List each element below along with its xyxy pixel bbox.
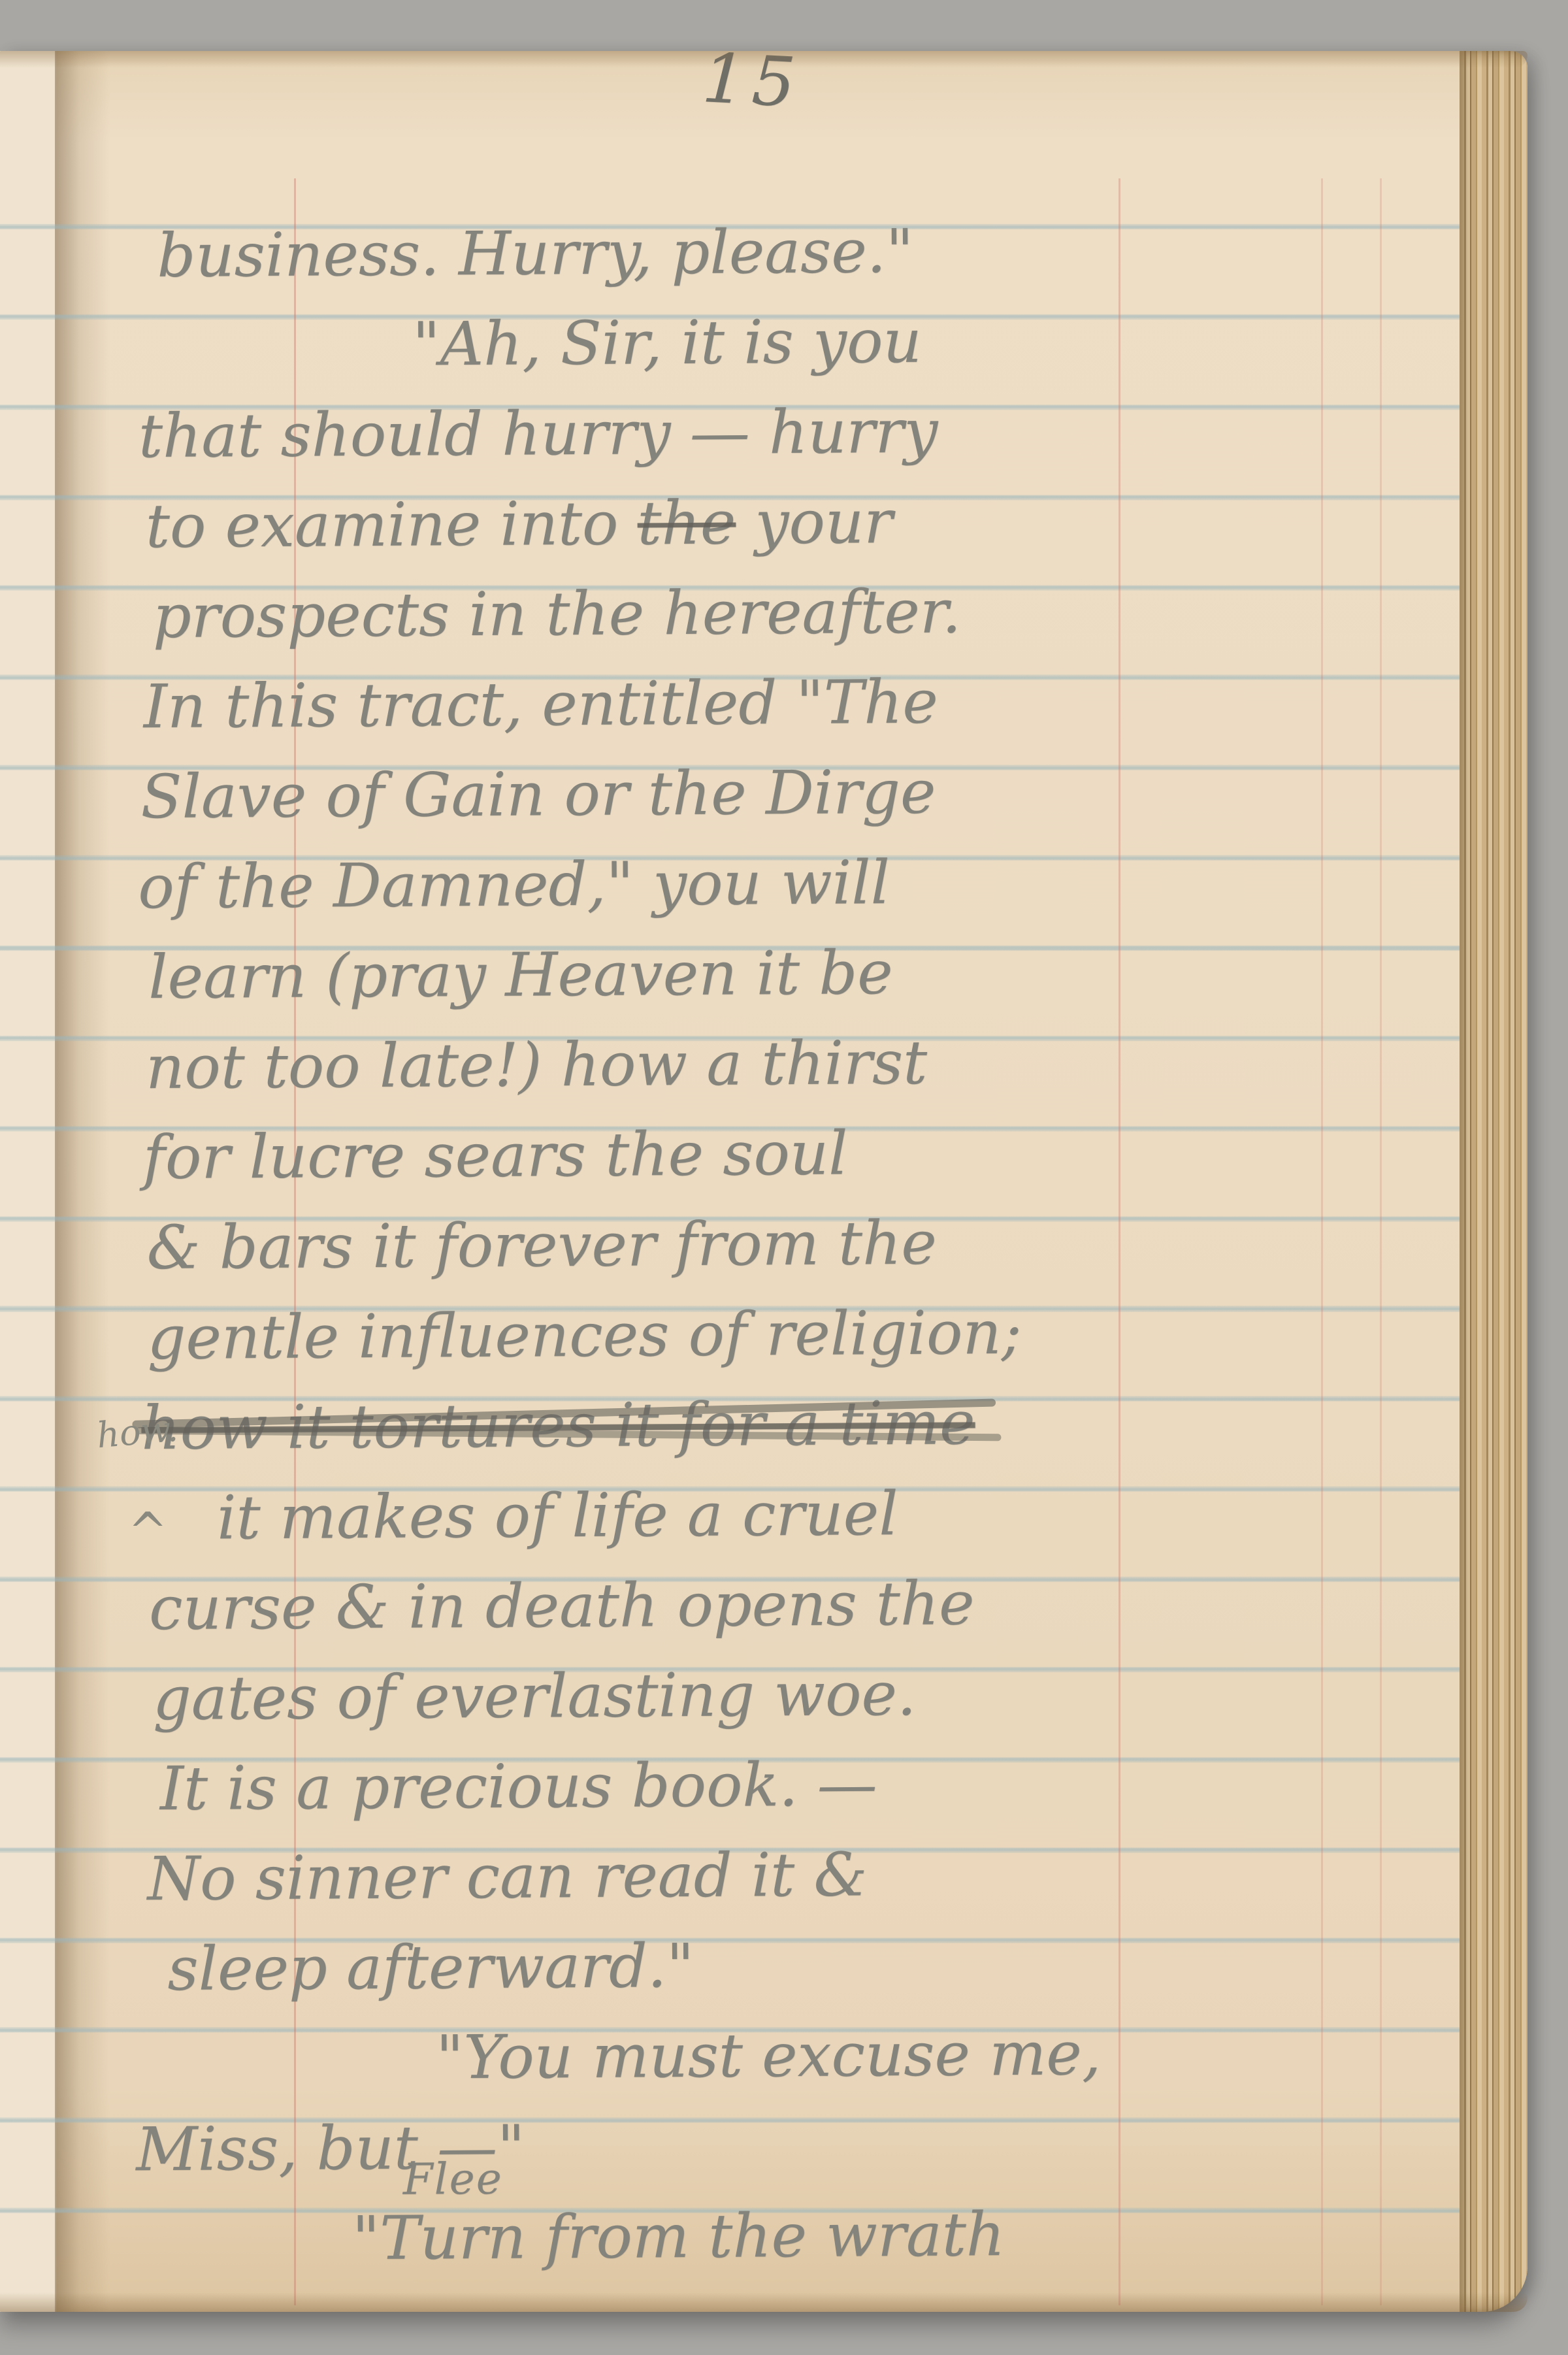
manuscript-line-text: of the Damned," you will bbox=[138, 848, 890, 922]
manuscript-line: for lucre sears the soul bbox=[142, 1105, 1463, 1203]
manuscript-line-text: gates of everlasting woe. bbox=[153, 1659, 917, 1734]
manuscript-line-text: learn (pray Heaven it be bbox=[148, 938, 893, 1012]
manuscript-line: not too late!) how a thirst bbox=[146, 1015, 1463, 1113]
manuscript-line-text: In this tract, entitled "The bbox=[143, 667, 938, 742]
original-word: Turn bbox=[380, 2203, 527, 2273]
manuscript-line: that should hurry — hurry bbox=[139, 384, 1459, 482]
manuscript-line: curse & in death opens the bbox=[149, 1556, 1466, 1654]
struck-word: the bbox=[637, 488, 736, 559]
manuscript-line-text: No sinner can read it & bbox=[147, 1839, 867, 1914]
manuscript-line-text: your bbox=[736, 487, 892, 557]
struck-line-text: how it tortures it for a time bbox=[141, 1378, 975, 1474]
manuscript-line: No sinner can read it & bbox=[147, 1826, 1467, 1924]
manuscript-line-text: "Ah, Sir, it is you bbox=[412, 306, 922, 380]
manuscript-line-text: not too late!) how a thirst bbox=[146, 1028, 928, 1102]
inserted-word-above: Flee bbox=[403, 2158, 503, 2201]
manuscript-line: "FleeTurn from the wrath bbox=[352, 2187, 1470, 2284]
manuscript-line-text: from the wrath bbox=[526, 2199, 1005, 2272]
manuscript-line: of the Damned," you will bbox=[138, 834, 1462, 932]
photograph-background: 15 business. Hurry, please.""Ah, Sir, it… bbox=[0, 0, 1568, 2355]
manuscript-line-text: Slave of Gain or the Dirge bbox=[140, 757, 936, 832]
manuscript-line-text: that should hurry — hurry bbox=[139, 397, 938, 471]
manuscript-line-text: curse & in death opens the bbox=[149, 1568, 975, 1643]
margin-insertion-note: how. bbox=[95, 1408, 179, 1457]
replaced-word: FleeTurn bbox=[380, 2193, 527, 2284]
page-edges bbox=[1460, 51, 1527, 2312]
manuscript-line: prospects in the hereafter. bbox=[152, 564, 1460, 662]
manuscript-line: gates of everlasting woe. bbox=[152, 1646, 1466, 1744]
manuscript-line: Slave of Gain or the Dirge bbox=[140, 744, 1461, 842]
manuscript-line: In this tract, entitled "The bbox=[143, 654, 1460, 752]
page-number: 15 bbox=[700, 38, 804, 123]
manuscript-line: "You must excuse me, bbox=[436, 2007, 1469, 2103]
manuscript-line: to examine into the your bbox=[146, 474, 1460, 572]
manuscript-line-text: for lucre sears the soul bbox=[143, 1119, 848, 1193]
manuscript-line-text: sleep afterward." bbox=[167, 1931, 694, 2004]
manuscript-line: It is a precious book. — bbox=[159, 1736, 1467, 1834]
notebook: 15 business. Hurry, please.""Ah, Sir, it… bbox=[0, 51, 1527, 2312]
manuscript-line: it makes of life a cruel bbox=[217, 1466, 1465, 1564]
manuscript-line-text: & bars it forever from the bbox=[146, 1208, 937, 1283]
manuscript-line-text: prospects in the hereafter. bbox=[152, 576, 961, 651]
manuscript-line-text: business. Hurry, please." bbox=[157, 216, 914, 291]
manuscript-line: business. Hurry, please." bbox=[157, 203, 1458, 301]
manuscript-line-text: it makes of life a cruel bbox=[217, 1479, 898, 1553]
manuscript-line-text: "You must excuse me, bbox=[436, 2018, 1101, 2092]
manuscript-line: how it tortures it for a time bbox=[141, 1375, 1465, 1474]
manuscript-line-text: to examine into bbox=[146, 488, 638, 561]
insertion-caret: ^ bbox=[128, 1502, 167, 1562]
manuscript-line-text: It is a precious book. — bbox=[159, 1749, 877, 1824]
manuscript-line: & bars it forever from the bbox=[146, 1195, 1463, 1293]
manuscript-line-text: " bbox=[352, 2203, 380, 2273]
manuscript-line-text: gentle influences of religion; bbox=[147, 1298, 1022, 1373]
manuscript-line: gentle influences of religion; bbox=[147, 1285, 1464, 1383]
manuscript-text: business. Hurry, please.""Ah, Sir, it is… bbox=[150, 203, 1469, 2285]
manuscript-line: learn (pray Heaven it be bbox=[148, 925, 1462, 1023]
manuscript-line: Miss, but —" bbox=[136, 2097, 1469, 2195]
manuscript-line: "Ah, Sir, it is you bbox=[412, 293, 1458, 390]
manuscript-line: sleep afterward." bbox=[167, 1917, 1468, 2015]
